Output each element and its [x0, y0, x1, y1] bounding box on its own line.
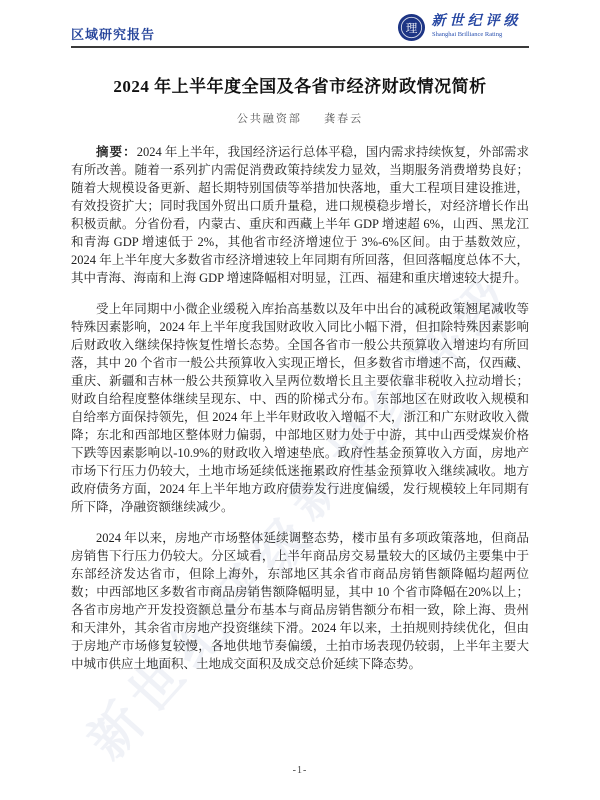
- brand-logo: 理 新世纪评级 Shanghai Brilliance Rating: [397, 13, 529, 45]
- paragraph-fiscal: 受上年同期中小微企业缓税入库抬高基数以及年中出台的减税政策翘尾减收等特殊因素影响…: [71, 300, 529, 516]
- abstract-label: 摘要：: [96, 145, 137, 159]
- brand-logo-icon: 理: [397, 13, 426, 42]
- page-number: -1-: [293, 765, 308, 776]
- svg-text:理: 理: [405, 22, 417, 35]
- report-type-label: 区域研究报告: [71, 24, 155, 45]
- brand-name-cn: 新世纪评级: [432, 15, 529, 30]
- byline-author: 龚春云: [324, 113, 363, 125]
- byline: 公共融资部 龚春云: [71, 110, 529, 126]
- page-header: 区域研究报告 理 新世纪评级 Shanghai Brilliance Ratin…: [71, 0, 529, 48]
- document-title: 2024 年上半年度全国及各省市经济财政情况简析: [71, 72, 529, 97]
- document-body: 摘要：2024 年上半年，我国经济运行总体平稳，国内需求持续恢复，外部需求有所改…: [71, 143, 529, 673]
- abstract-paragraph: 摘要：2024 年上半年，我国经济运行总体平稳，国内需求持续恢复，外部需求有所改…: [71, 143, 529, 287]
- paragraph-property: 2024 年以来，房地产市场整体延续调整态势，楼市虽有多项政策落地，但商品房销售…: [71, 529, 529, 673]
- header-divider: [71, 46, 529, 48]
- abstract-text: 2024 年上半年，我国经济运行总体平稳，国内需求持续恢复，外部需求有所改善。随…: [71, 145, 529, 285]
- brand-text: 新世纪评级 Shanghai Brilliance Rating: [432, 15, 529, 40]
- page-footer: -1-: [0, 765, 600, 776]
- document-page: 新世纪评级 新世纪评级 区域研究报告 理 新世纪评级 Shanghai Bril…: [0, 0, 600, 800]
- brand-name-en: Shanghai Brilliance Rating: [432, 31, 502, 38]
- byline-department: 公共融资部: [237, 113, 302, 125]
